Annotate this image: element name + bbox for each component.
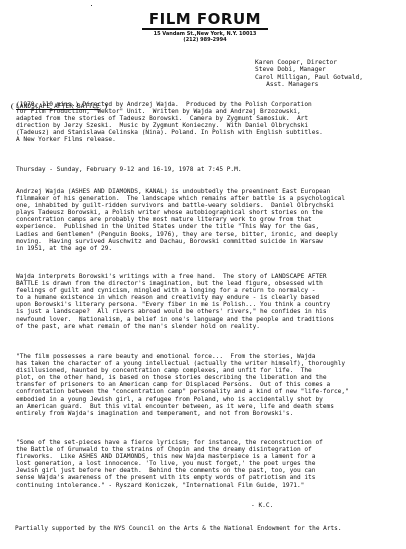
- letterhead: FILM FORUM 15 Vandam St.,New York, N.Y. …: [140, 11, 270, 43]
- text-line: continuing intolerance." - Ryszard Konic…: [16, 482, 401, 489]
- paragraph-quote-2: "Some of the set-pieces have a fierce ly…: [16, 439, 401, 489]
- text-line: feelings of guilt and cynicism, mingled …: [16, 287, 401, 294]
- text-line: "Some of the set-pieces have a fierce ly…: [16, 439, 401, 446]
- text-line: has taken the character of a young intel…: [16, 360, 401, 367]
- text-line: plays Tadeusz Borowski, a Polish writer …: [16, 209, 401, 216]
- text-line: Wajda interprets Borowski's writings wit…: [16, 273, 401, 280]
- program-note-page: FILM FORUM 15 Vandam St.,New York, N.Y. …: [0, 0, 406, 549]
- signoff-initials: - K.C.: [251, 502, 273, 509]
- text-line: of the past, are what remain of the man'…: [16, 323, 401, 330]
- credits-line: adapted from the stories of Tadeusz Boro…: [16, 115, 401, 122]
- organization-logo: FILM FORUM: [140, 11, 270, 27]
- credits-line: (Tadeusz) and Stanislawa Celinska (Nina)…: [16, 129, 401, 136]
- text-line: the Battle of Grunwald to the strains of…: [16, 446, 401, 453]
- text-line: embodied in a young Jewish girl, a refug…: [16, 396, 401, 403]
- text-line: experience. Published in the United Stat…: [16, 223, 401, 230]
- text-line: to a humane existence in which reason an…: [16, 294, 401, 301]
- text-line: an American guard. But this vital encoun…: [16, 403, 401, 410]
- text-line: plot, on the other hand, is based on tho…: [16, 374, 401, 381]
- text-line: moving. Having survived Auschwitz and Da…: [16, 238, 401, 245]
- text-line: in 1951, at the age of 29.: [16, 245, 401, 252]
- credits-line: for Film Production, "Wektor" Unit. Writ…: [16, 108, 401, 115]
- text-line: disillusioned, haunted by concentration …: [16, 367, 401, 374]
- text-line: concentration camps are probably the mos…: [16, 216, 401, 223]
- logo-underline-divider: [142, 28, 268, 30]
- credits-line: direction by Jerzy Szeski. Music by Zygm…: [16, 122, 401, 129]
- scan-speck: [91, 5, 92, 6]
- text-line: BATTLE is drawn from the director's imag…: [16, 280, 401, 287]
- staff-line: Karen Cooper, Director: [255, 59, 363, 66]
- text-line: "The film possesses a rare beauty and em…: [16, 353, 401, 360]
- text-line: Ladies and Gentlemen" (Penguin Books, 19…: [16, 231, 401, 238]
- paragraph-intro: Andrzej Wajda (ASHES AND DIAMONDS, KANAL…: [16, 188, 401, 252]
- text-line: entirely from Wajda's imagination and te…: [16, 410, 401, 417]
- staff-line: Asst. Managers: [255, 81, 363, 88]
- staff-line: Carol Milligan, Paul Gotwald,: [255, 74, 363, 81]
- text-line: lost generation, a lost innocence. 'To l…: [16, 460, 401, 467]
- text-line: Jewish girl just before her death. Behin…: [16, 467, 401, 474]
- text-line: fireworks. Like ASHES AND DIAMONDS, this…: [16, 453, 401, 460]
- funding-credit-footer: Partially supported by the NYS Council o…: [15, 525, 342, 532]
- credits-line: A New Yorker Films release.: [16, 136, 401, 143]
- credits-block: (1970, 110 mins.) Directed by Andrzej Wa…: [16, 101, 401, 144]
- showtimes: Thursday - Sunday, February 9-12 and 16-…: [16, 166, 401, 173]
- credits-line: (1970, 110 mins.) Directed by Andrzej Wa…: [16, 101, 401, 108]
- paragraph-interpretation: Wajda interprets Borowski's writings wit…: [16, 273, 401, 330]
- text-line: newfound lover. Nationalism, a belief in…: [16, 316, 401, 323]
- staff-list: Karen Cooper, DirectorSteve Dobi, Manage…: [255, 59, 363, 88]
- text-line: filmmaker of his generation. The landsca…: [16, 195, 401, 202]
- text-line: is just a landscape? All rivers abroad w…: [16, 308, 401, 315]
- text-line: transfer of prisoners to an American cam…: [16, 381, 401, 388]
- text-line: sense Wajda's awareness of the present w…: [16, 474, 401, 481]
- paragraph-quote-1: "The film possesses a rare beauty and em…: [16, 353, 401, 417]
- staff-line: Steve Dobi, Manager: [255, 66, 363, 73]
- text-line: Andrzej Wajda (ASHES AND DIAMONDS, KANAL…: [16, 188, 401, 195]
- text-line: confrontation between the "concentration…: [16, 388, 401, 395]
- phone: (212) 989-2994: [140, 37, 270, 43]
- text-line: one, inhabited by guilt-ridden survivors…: [16, 202, 401, 209]
- text-line: upon Borowski's literary persona. "Every…: [16, 301, 401, 308]
